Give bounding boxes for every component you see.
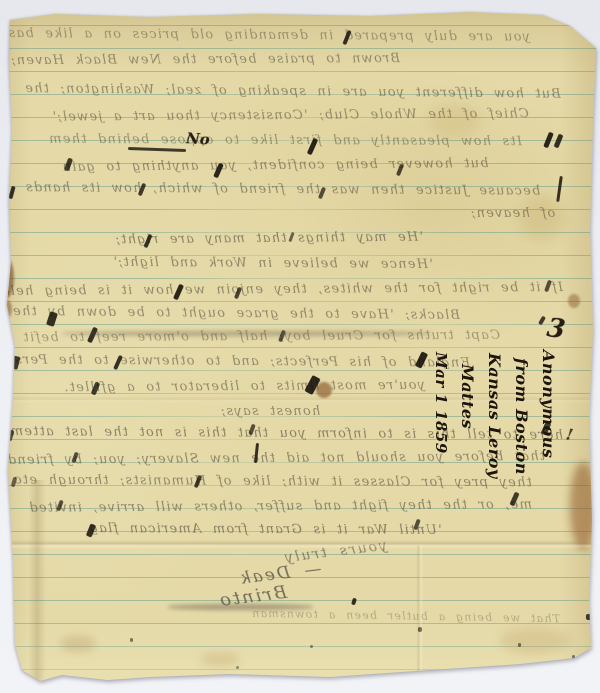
annotation-line: Anonymous xyxy=(535,350,562,528)
letter-paper: you are duly prepared in demanding old p… xyxy=(0,0,600,693)
paper-stain xyxy=(60,636,96,652)
archival-annotation: Anonymous from Boston Kansas Leroy Matte… xyxy=(420,350,562,528)
paper-stain xyxy=(0,258,14,298)
letter-scan: you are duly prepared in demanding old p… xyxy=(0,0,600,693)
paper-shadow: you are duly prepared in demanding old p… xyxy=(0,0,600,693)
paper-stain xyxy=(430,104,480,138)
paper-stain xyxy=(520,196,564,240)
paper-stain xyxy=(200,652,240,666)
stains-layer xyxy=(0,0,600,693)
ink-glyph-mark: Jy xyxy=(553,1,570,19)
vertical-fold-crease xyxy=(416,545,423,685)
annotation-line: Kansas Leroy xyxy=(481,350,508,528)
paper-stain xyxy=(500,628,570,654)
left-edge-fold xyxy=(28,480,46,685)
horizontal-fold-crease xyxy=(8,540,592,549)
annotation-line: from Boston xyxy=(508,350,535,528)
annotation-line: Mattes xyxy=(454,350,481,528)
ink-blot-mark xyxy=(37,0,44,9)
paper-stain xyxy=(568,294,580,308)
paper-stain xyxy=(570,462,596,550)
ink-blot-mark xyxy=(580,8,584,13)
paper-stain xyxy=(2,300,12,318)
annotation-line: Mar 1 1859 xyxy=(427,350,454,528)
